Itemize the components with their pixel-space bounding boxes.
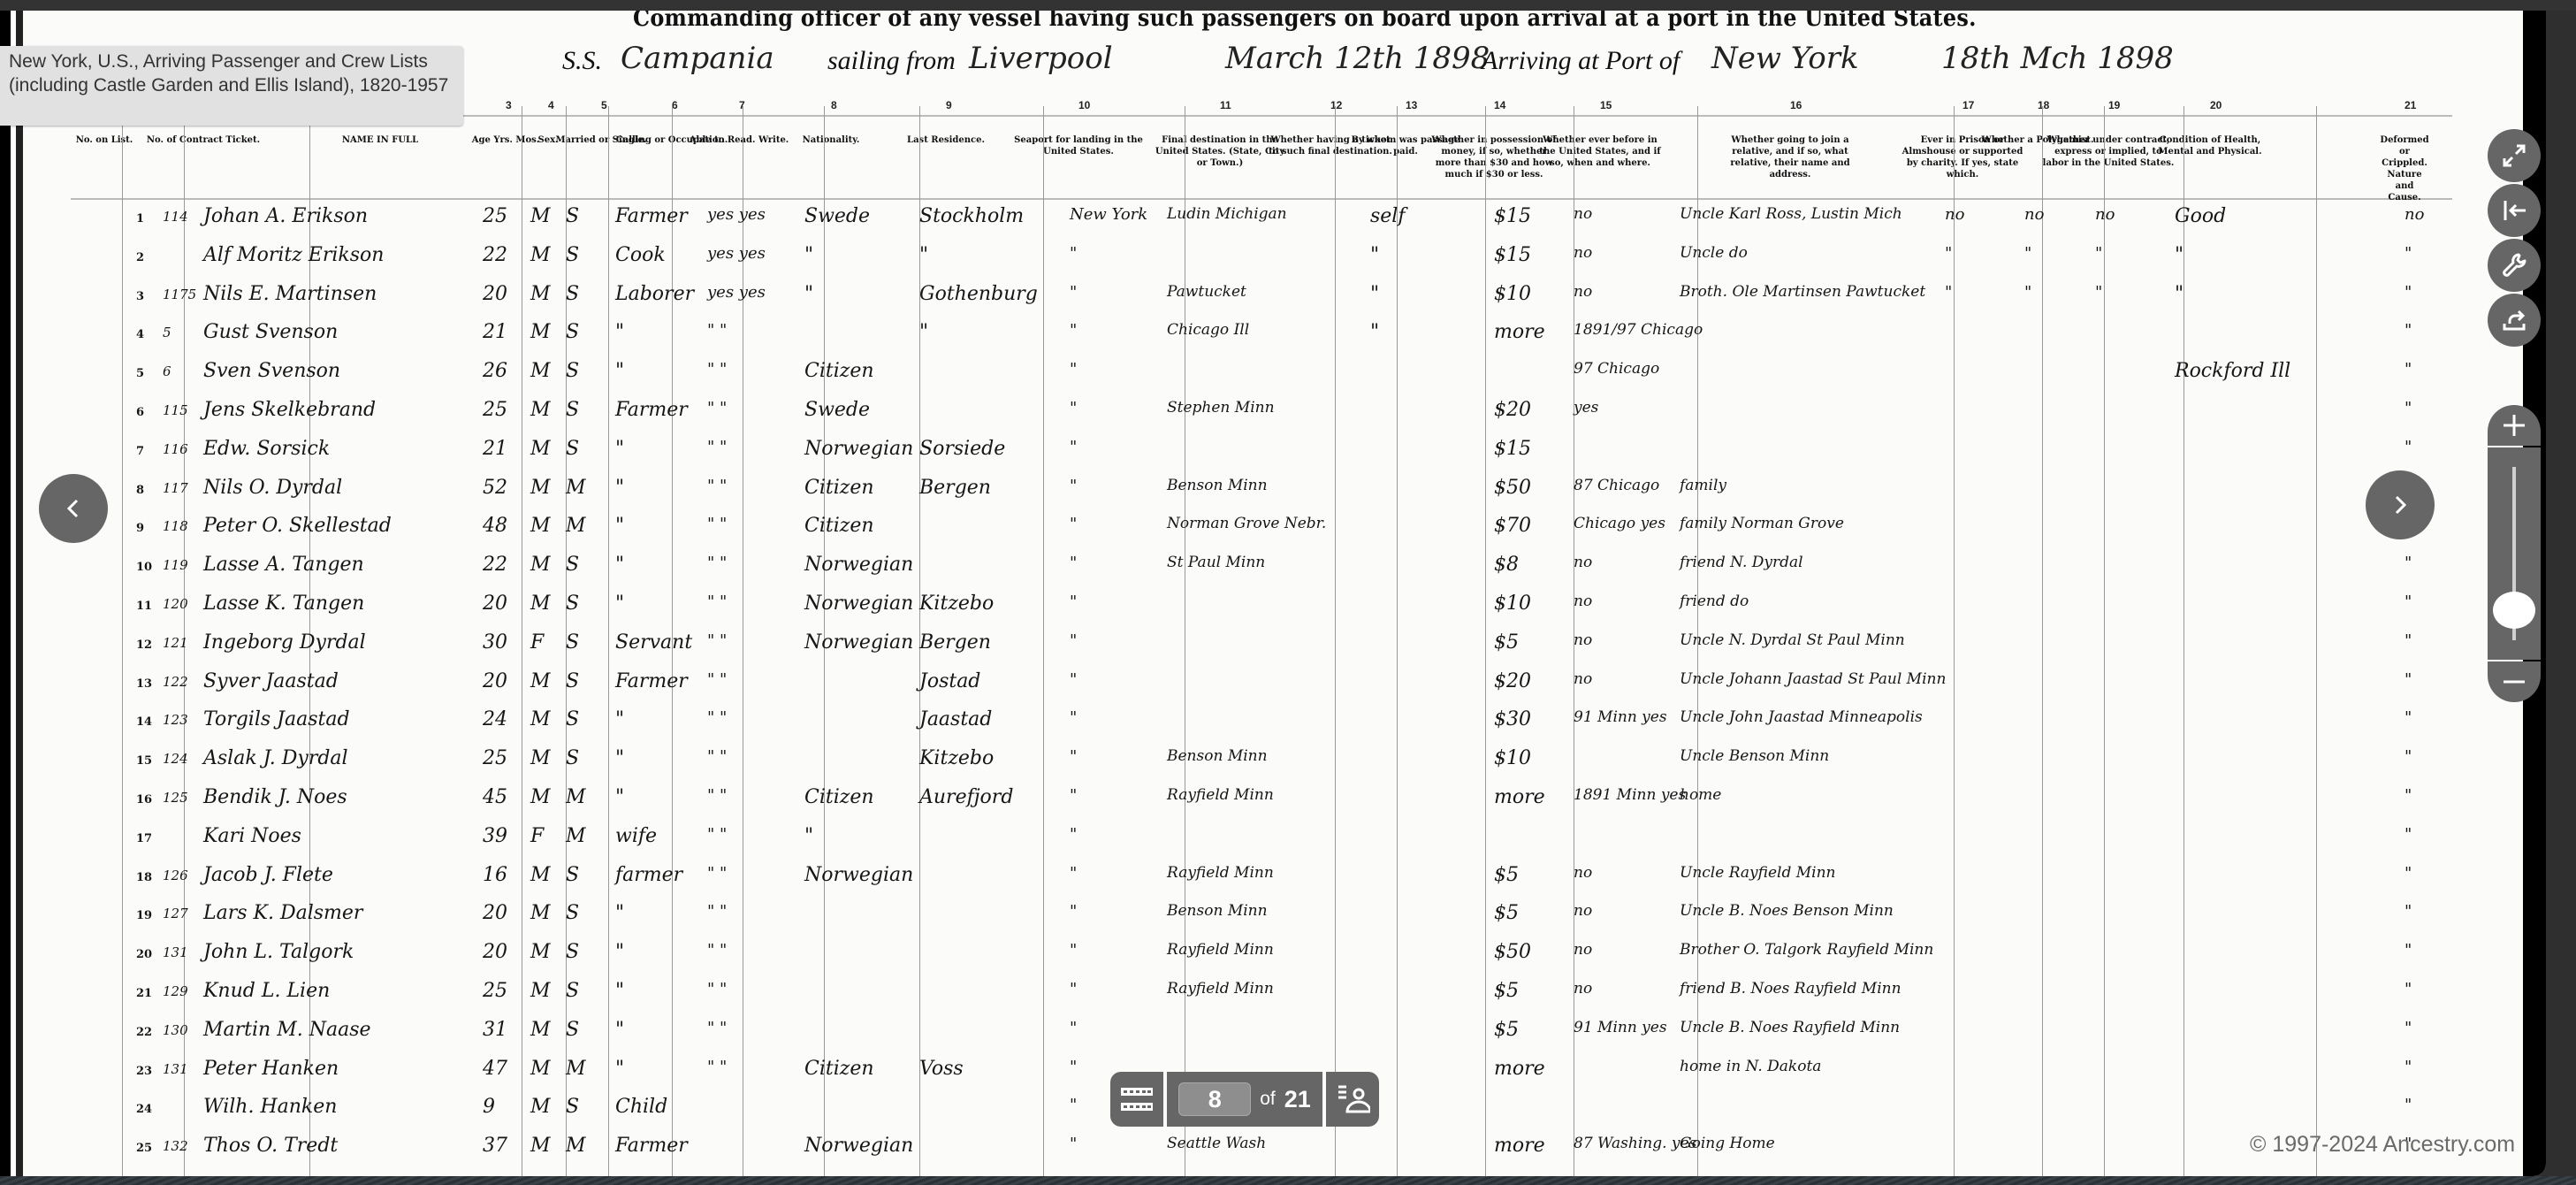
cell-paid: " (1370, 321, 1379, 343)
column-number: 20 (2210, 99, 2222, 111)
cell-money: $10 (1494, 592, 1531, 615)
cell-nat: Norwegian (804, 631, 913, 654)
cell-before: no (1574, 205, 1592, 223)
cell-age: 48 (483, 515, 507, 537)
cell-port: " (1070, 670, 1077, 689)
ship-prefix: S.S. (562, 46, 602, 76)
cell-paid: " (1370, 244, 1379, 266)
cell-deformed: " (2405, 1096, 2412, 1114)
cell-ms: M (566, 825, 586, 847)
zoom-slider-thumb[interactable] (2493, 592, 2535, 629)
cell-no: 16 (136, 793, 152, 807)
cell-port: " (1070, 515, 1077, 533)
document-scan[interactable]: Commanding officer of any vessel having … (23, 11, 2523, 1176)
cell-prison: " (1945, 283, 1952, 302)
cell-res: Jaastad (919, 708, 992, 730)
cell-nat: Citizen (804, 360, 874, 382)
cell-name: Knud L. Lien (203, 980, 330, 1002)
cell-relative: friend B. Noes Rayfield Minn (1680, 980, 1902, 998)
document-header: Commanding officer of any vessel having … (633, 11, 1977, 32)
cell-before: 97 Chicago (1574, 360, 1659, 378)
column-number: 18 (2038, 99, 2049, 111)
cell-name: Alf Moritz Erikson (203, 244, 384, 266)
cell-age: 20 (483, 592, 507, 615)
cell-name: Thos O. Tredt (203, 1135, 338, 1157)
cell-deformed: " (2405, 670, 2412, 689)
cell-no: 8 (136, 484, 144, 497)
cell-sex: M (530, 477, 551, 499)
cell-occ: Farmer (615, 399, 688, 421)
cell-age: 22 (483, 244, 507, 266)
column-number: 12 (1330, 99, 1342, 111)
cell-no: 22 (136, 1026, 152, 1039)
cell-dest: St Paul Minn (1167, 554, 1265, 571)
cell-money: $50 (1494, 941, 1531, 963)
cell-no: 1 (136, 212, 144, 226)
arriving-label: Arriving at Port of (1482, 46, 1680, 76)
cell-ms: M (566, 515, 586, 537)
cell-before: 91 Minn yes (1574, 708, 1667, 726)
cell-relative: friend N. Dyrdal (1680, 554, 1803, 571)
cell-sex: M (530, 205, 551, 227)
arriving-port: New York (1711, 41, 1859, 76)
cell-name: Gust Svenson (203, 321, 338, 343)
cell-money: $15 (1494, 244, 1531, 266)
cell-rw: " " (707, 708, 727, 727)
cell-relative: Uncle Johann Jaastad St Paul Minn (1680, 670, 1946, 688)
zoom-slider[interactable] (2488, 447, 2541, 660)
cell-contract: " (2095, 283, 2102, 302)
cell-dest: Stephen Minn (1167, 399, 1275, 417)
cell-nat: Norwegian (804, 438, 913, 460)
cell-no: 4 (136, 328, 144, 341)
cell-age: 24 (483, 708, 507, 730)
cell-money: $15 (1494, 438, 1531, 460)
cell-occ: " (615, 980, 624, 1002)
cell-name: Syver Jaastad (203, 670, 339, 692)
cell-port: " (1070, 980, 1077, 998)
cell-ticket: 121 (163, 635, 188, 651)
table-row: 2Alf Moritz Erikson22MSCookyes yes""""$1… (71, 237, 2452, 274)
cell-port: " (1070, 438, 1077, 456)
cell-money: $15 (1494, 205, 1531, 227)
share-button[interactable] (2488, 294, 2541, 347)
cell-relative: Uncle N. Dyrdal St Paul Minn (1680, 631, 1905, 649)
cell-occ: " (615, 747, 624, 769)
cell-money: $20 (1494, 670, 1531, 692)
cell-before: no (1574, 864, 1592, 882)
cell-ms: S (566, 399, 579, 421)
cell-money: $5 (1494, 631, 1519, 654)
cell-relative: Uncle John Jaastad Minneapolis (1680, 708, 1923, 726)
cell-sex: M (530, 1058, 551, 1080)
table-row: 12121Ingeborg Dyrdal30FSServant" "Norweg… (71, 624, 2452, 661)
cell-sex: M (530, 1135, 551, 1157)
cell-ticket: 120 (163, 596, 188, 612)
column-header: Whether going to join a relative, and if… (1724, 134, 1856, 180)
cell-occ: farmer (615, 864, 682, 886)
cell-relative: Uncle Rayfield Minn (1680, 864, 1836, 882)
cell-res: Kitzebo (919, 747, 994, 769)
cell-sex: M (530, 360, 551, 382)
cell-port: " (1070, 477, 1077, 495)
cell-relative: home (1680, 786, 1721, 804)
cell-deformed: " (2405, 941, 2412, 959)
cell-name: Martin M. Naase (203, 1019, 371, 1041)
cell-nat: Citizen (804, 1058, 874, 1080)
cell-dest: Rayfield Minn (1167, 980, 1274, 998)
cell-health: Rockford Ill (2175, 360, 2290, 382)
cell-relative: home in N. Dakota (1680, 1058, 1821, 1075)
cell-port: " (1070, 631, 1077, 650)
cell-age: 52 (483, 477, 507, 499)
cell-relative: Broth. Ole Martinsen Pawtucket (1680, 283, 1925, 301)
cell-sex: M (530, 399, 551, 421)
zoom-in-button[interactable] (2488, 405, 2541, 446)
cell-nat: Swede (804, 399, 870, 421)
cell-age: 25 (483, 205, 507, 227)
cell-nat: Norwegian (804, 1135, 913, 1157)
cell-occ: " (615, 592, 624, 615)
cell-occ: " (615, 786, 624, 808)
table-row: 18126Jacob J. Flete16MSfarmer" "Norwegia… (71, 857, 2452, 894)
tools-button[interactable] (2488, 239, 2541, 292)
share-icon (2499, 305, 2529, 335)
cell-name: Jacob J. Flete (203, 864, 333, 886)
cell-deformed: " (2405, 864, 2412, 883)
cell-name: Aslak J. Dyrdal (203, 747, 348, 769)
cell-relative: Brother O. Talgork Rayfield Minn (1680, 941, 1933, 959)
index-panel-button[interactable] (1326, 1072, 1379, 1127)
cell-relative: family Norman Grove (1680, 515, 1844, 532)
page-number-input[interactable] (1178, 1082, 1251, 1116)
cell-age: 26 (483, 360, 507, 382)
cell-dest: Rayfield Minn (1167, 786, 1274, 804)
cell-paid: " (1370, 283, 1379, 305)
cell-occ: " (615, 941, 624, 963)
cell-rw: " " (707, 941, 727, 959)
cell-res: Jostad (919, 670, 980, 692)
cell-dest: Rayfield Minn (1167, 941, 1274, 959)
cell-rw: yes yes (707, 283, 766, 302)
cell-relative: Going Home (1680, 1135, 1775, 1152)
cell-age: 20 (483, 670, 507, 692)
cell-dest: Benson Minn (1167, 747, 1268, 765)
expand-icon (2499, 141, 2529, 171)
table-row: 25132Thos O. Tredt37MMFarmerNorwegian"Se… (71, 1128, 2452, 1165)
plus-icon (2501, 412, 2527, 439)
column-number: 14 (1494, 99, 1505, 111)
top-bar (0, 0, 2576, 11)
cell-money: $5 (1494, 902, 1519, 924)
cell-ticket: 118 (163, 518, 188, 534)
cell-ms: S (566, 554, 579, 576)
cell-no: 21 (136, 987, 152, 1000)
cell-before: 91 Minn yes (1574, 1019, 1667, 1036)
column-header: Age Yrs. Mos. (472, 134, 539, 146)
cell-occ: " (615, 1019, 624, 1041)
cell-no: 18 (136, 871, 152, 884)
cell-age: 9 (483, 1096, 495, 1118)
cell-res: Gothenburg (919, 283, 1038, 305)
cell-age: 47 (483, 1058, 507, 1080)
cell-ms: S (566, 631, 579, 654)
cell-before: yes (1574, 399, 1598, 417)
cell-before: no (1574, 980, 1592, 998)
column-number: 8 (831, 99, 837, 111)
bottom-bar (0, 1176, 2576, 1185)
cell-ticket: 5 (163, 325, 171, 340)
cell-nat: Citizen (804, 477, 874, 499)
cell-before: no (1574, 631, 1592, 649)
column-header: Condition of Health, Mental and Physical… (2144, 134, 2276, 157)
cell-occ: " (615, 1058, 624, 1080)
cell-deformed: " (2405, 321, 2412, 340)
cell-no: 10 (136, 561, 152, 574)
column-number: 4 (548, 99, 554, 111)
cell-rw: " " (707, 902, 727, 921)
cell-ms: S (566, 902, 579, 924)
cell-relative: family (1680, 477, 1726, 494)
cell-before: no (1574, 670, 1592, 688)
cell-sex: M (530, 438, 551, 460)
cell-ticket: 122 (163, 674, 188, 690)
zoom-out-button[interactable] (2488, 661, 2541, 702)
cell-money: $30 (1494, 708, 1531, 730)
cell-dest: Benson Minn (1167, 902, 1268, 920)
cell-occ: Farmer (615, 1135, 688, 1157)
cell-before: 87 Chicago (1574, 477, 1659, 494)
cell-port: " (1070, 825, 1077, 844)
cell-ms: S (566, 438, 579, 460)
cell-port: " (1070, 708, 1077, 727)
person-list-icon (1335, 1082, 1370, 1117)
cell-ticket: 1175 (163, 287, 196, 302)
cell-port: " (1070, 786, 1077, 805)
cell-ms: S (566, 747, 579, 769)
cell-name: Lars K. Dalsmer (203, 902, 362, 924)
cell-ticket: 132 (163, 1138, 188, 1154)
cell-deformed: " (2405, 786, 2412, 805)
cell-deformed: no (2405, 205, 2424, 224)
table-row: 16125Bendik J. Noes45MM"" "CitizenAurefj… (71, 779, 2452, 816)
cell-sex: M (530, 941, 551, 963)
chevron-left-icon (60, 495, 87, 522)
collapse-left-icon (2499, 195, 2529, 226)
column-number: 15 (1600, 99, 1612, 111)
column-number: 13 (1406, 99, 1417, 111)
column-number: 10 (1078, 99, 1090, 111)
table-row: 21129Knud L. Lien25MS"" ""Rayfield Minn$… (71, 973, 2452, 1010)
cell-deformed: " (2405, 980, 2412, 998)
cell-ms: S (566, 283, 579, 305)
image-viewer[interactable]: Commanding officer of any vessel having … (0, 11, 2546, 1176)
cell-occ: " (615, 321, 624, 343)
cell-relative: Uncle B. Noes Rayfield Minn (1680, 1019, 1900, 1036)
cell-port: " (1070, 592, 1077, 611)
cell-deformed: " (2405, 438, 2412, 456)
cell-ticket: 129 (163, 983, 188, 999)
cell-rw: yes yes (707, 244, 766, 263)
cell-port: " (1070, 244, 1077, 263)
cell-sex: M (530, 902, 551, 924)
cell-dest: Norman Grove Nebr. (1167, 515, 1326, 532)
cell-health: Good (2175, 205, 2226, 227)
cell-name: Peter O. Skellestad (203, 515, 392, 537)
cell-ticket: 125 (163, 790, 188, 806)
cell-ms: M (566, 1135, 586, 1157)
cell-deformed: " (2405, 554, 2412, 572)
cell-ticket: 114 (163, 209, 188, 225)
cell-sex: M (530, 515, 551, 537)
cell-sex: M (530, 1019, 551, 1041)
column-number: 17 (1962, 99, 1974, 111)
next-image-button[interactable] (2366, 470, 2435, 539)
cell-deformed: " (2405, 631, 2412, 650)
cell-ms: S (566, 941, 579, 963)
cell-rw: yes yes (707, 205, 766, 224)
column-header: NAME IN FULL (342, 134, 418, 146)
cell-relative: Uncle do (1680, 244, 1748, 262)
cell-name: Peter Hanken (203, 1058, 339, 1080)
cell-port: " (1070, 941, 1077, 959)
table-row: 56Sven Svenson26MS"" "Citizen"97 Chicago… (71, 353, 2452, 390)
cell-name: Johan A. Erikson (203, 205, 368, 227)
cell-deformed: " (2405, 244, 2412, 263)
cell-port: New York (1070, 205, 1147, 224)
cell-relative: Uncle Benson Minn (1680, 747, 1829, 765)
column-headers: No. on List.No. of Contract Ticket.NAME … (71, 115, 2452, 200)
cell-no: 11 (136, 600, 152, 613)
cell-money: $10 (1494, 747, 1531, 769)
cell-port: " (1070, 283, 1077, 302)
cell-rw: " " (707, 786, 727, 805)
cell-before: 1891/97 Chicago (1574, 321, 1703, 339)
cell-res: Sorsiede (919, 438, 1005, 460)
ship-name: Campania (621, 41, 774, 76)
cell-rw: " " (707, 360, 727, 378)
cell-rw: " " (707, 321, 727, 340)
cell-port: " (1070, 1096, 1077, 1114)
cell-rw: " " (707, 747, 727, 766)
column-number: 6 (672, 99, 678, 111)
cell-money: more (1494, 1135, 1545, 1157)
cell-no: 14 (136, 715, 152, 729)
cell-occ: " (615, 902, 624, 924)
cell-relative: Uncle B. Noes Benson Minn (1680, 902, 1894, 920)
cell-prison: " (1945, 244, 1952, 263)
table-row: 10119Lasse A. Tangen22MS"" "Norwegian"St… (71, 547, 2452, 584)
cell-name: Nils E. Martinsen (203, 283, 377, 305)
cell-rw: " " (707, 438, 727, 456)
cell-name: Nils O. Dyrdal (203, 477, 342, 499)
cell-nat: Citizen (804, 515, 874, 537)
column-header: No. on List. (76, 134, 133, 146)
previous-image-button[interactable] (39, 474, 108, 543)
arrival-date: 18th Mch 1898 (1941, 41, 2174, 76)
cell-sex: M (530, 980, 551, 1002)
column-number: 11 (1220, 99, 1231, 111)
cell-contract: " (2095, 244, 2102, 263)
cell-ms: M (566, 1058, 586, 1080)
cell-before: 87 Washing. yes (1574, 1135, 1696, 1152)
cell-no: 23 (136, 1065, 152, 1078)
cell-no: 2 (136, 251, 144, 264)
column-number: 19 (2108, 99, 2120, 111)
column-number: 5 (601, 99, 607, 111)
cell-contract: no (2095, 205, 2115, 224)
cell-deformed: " (2405, 825, 2412, 844)
wrench-icon (2499, 250, 2529, 280)
cell-deformed: " (2405, 360, 2412, 378)
cell-ticket: 126 (163, 868, 188, 883)
cell-sex: M (530, 864, 551, 886)
column-header: No. of Contract Ticket. (147, 134, 260, 146)
filmstrip-button[interactable] (1110, 1072, 1163, 1127)
cell-res: " (919, 244, 928, 266)
cell-name: Wilh. Hanken (203, 1096, 337, 1118)
cell-ms: S (566, 1019, 579, 1041)
cell-sex: M (530, 554, 551, 576)
cell-deformed: " (2405, 592, 2412, 611)
cell-res: Aurefjord (919, 786, 1013, 808)
cell-money: $70 (1494, 515, 1531, 537)
cell-name: Jens Skelkebrand (203, 399, 376, 421)
cell-sex: M (530, 747, 551, 769)
cell-before: no (1574, 554, 1592, 571)
cell-before: no (1574, 941, 1592, 959)
cell-money: $8 (1494, 554, 1519, 576)
cell-sex: M (530, 321, 551, 343)
cell-name: Ingeborg Dyrdal (203, 631, 366, 654)
total-pages: 21 (1284, 1086, 1311, 1113)
cell-port: " (1070, 864, 1077, 883)
cell-ms: M (566, 477, 586, 499)
cell-age: 45 (483, 786, 507, 808)
cell-nat: Norwegian (804, 554, 913, 576)
fullscreen-button[interactable] (2488, 129, 2541, 182)
cell-occ: Farmer (615, 205, 688, 227)
cell-ms: S (566, 1096, 579, 1118)
table-row: 17Kari Noes39FMwife" """" (71, 818, 2452, 855)
cell-ticket: 115 (163, 402, 188, 418)
cell-deformed: " (2405, 902, 2412, 921)
cell-deformed: " (2405, 1058, 2412, 1076)
cell-no: 9 (136, 522, 144, 535)
cell-no: 3 (136, 290, 144, 303)
cell-sex: M (530, 1096, 551, 1118)
cell-port: " (1070, 1135, 1077, 1153)
cell-nat: Citizen (804, 786, 874, 808)
cell-relative: friend do (1680, 592, 1749, 610)
column-header: Nationality. (803, 134, 860, 146)
cell-money: $5 (1494, 864, 1519, 886)
collapse-panel-button[interactable] (2488, 184, 2541, 237)
cell-sex: M (530, 244, 551, 266)
cell-name: John L. Talgork (203, 941, 354, 963)
table-row: 11120Lasse K. Tangen20MS"" "NorwegianKit… (71, 585, 2452, 623)
cell-age: 20 (483, 283, 507, 305)
cell-res: Kitzebo (919, 592, 994, 615)
cell-ticket: 123 (163, 712, 188, 728)
cell-no: 12 (136, 638, 152, 652)
table-row: 31175Nils E. Martinsen20MSLaboreryes yes… (71, 276, 2452, 313)
cell-no: 24 (136, 1103, 152, 1116)
cell-rw: " " (707, 980, 727, 998)
cell-money: $10 (1494, 283, 1531, 305)
cell-no: 6 (136, 406, 144, 419)
cell-nat: Norwegian (804, 592, 913, 615)
